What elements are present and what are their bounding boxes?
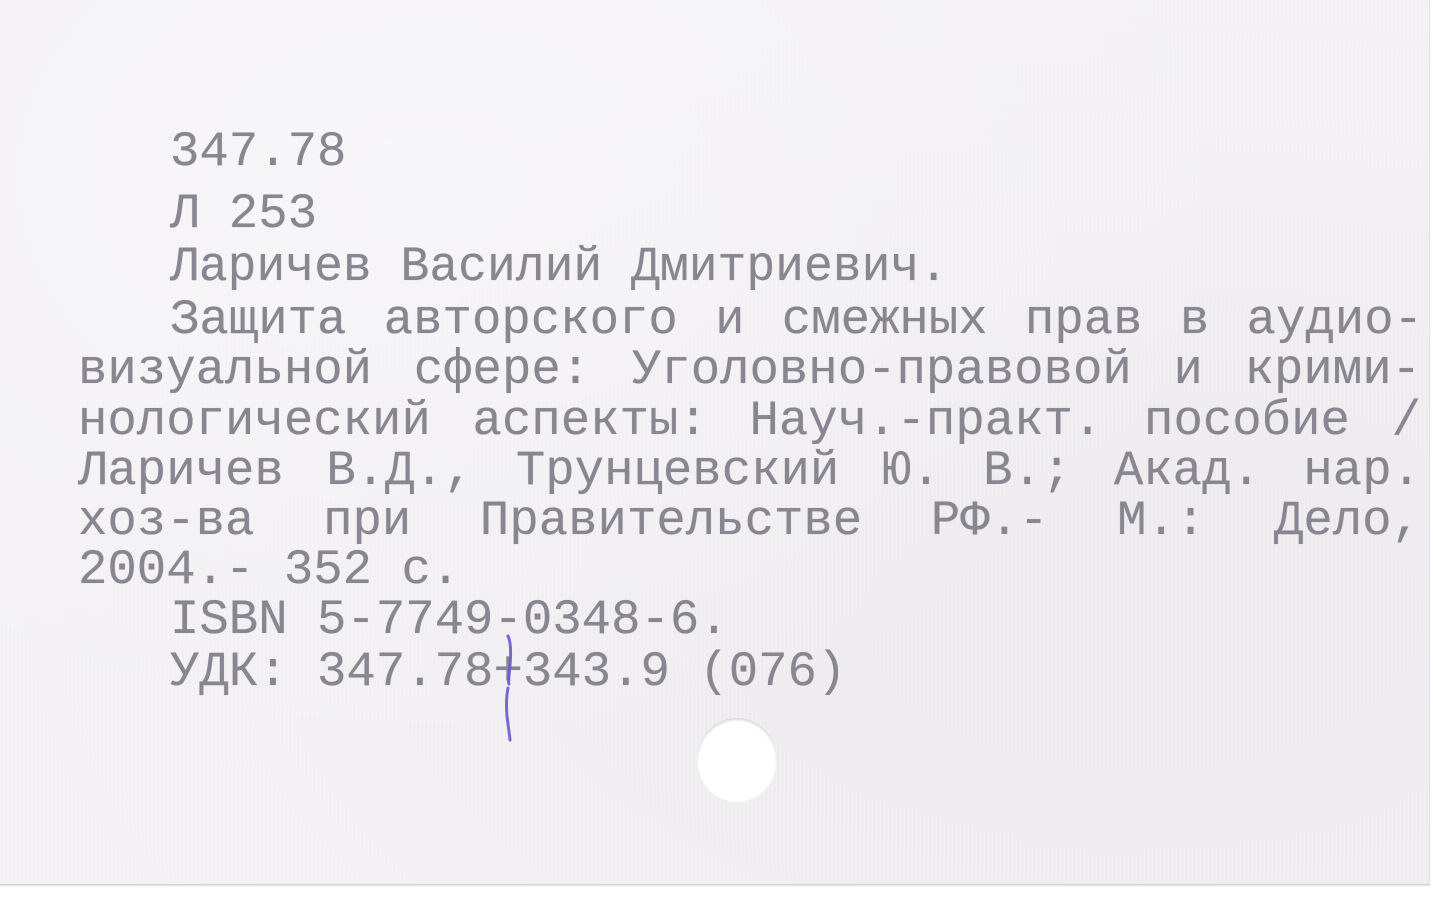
isbn: ISBN 5-7749-0348-6.	[170, 596, 729, 645]
description-line-2: визуальной сфере: Уголовно-правовой и кр…	[78, 346, 1421, 395]
author-heading: Ларичев Василий Дмитриевич.	[170, 243, 948, 292]
udk: УДК: 347.78+343.9 (076)	[170, 648, 846, 697]
punch-hole	[697, 718, 777, 802]
description-line-3: нологический аспекты: Науч.-практ. пособ…	[78, 397, 1421, 446]
description-line-5: хоз-ва при Правительстве РФ.- М.: Дело,	[78, 497, 1421, 546]
description-line-4: Ларичев В.Д., Трунцевский Ю. В.; Акад. н…	[78, 447, 1421, 496]
description-line-1: Защита авторского и смежных прав в аудио…	[170, 296, 1423, 345]
catalog-card: 347.78 Л 253 Ларичев Василий Дмитриевич.…	[0, 0, 1430, 885]
description-line-6: 2004.- 352 с.	[78, 546, 460, 595]
author-mark: Л 253	[170, 190, 317, 239]
call-number: 347.78	[170, 128, 346, 177]
